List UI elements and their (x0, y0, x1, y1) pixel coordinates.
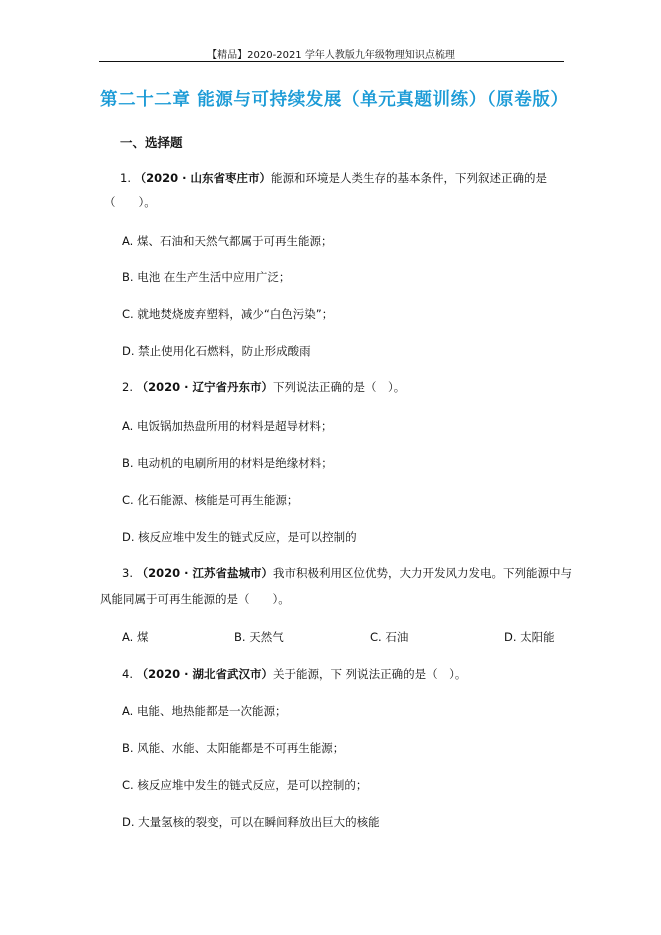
question-number: 1. (120, 171, 131, 185)
question-source: （2020 · 辽宁省丹东市） (137, 380, 273, 394)
question-source: （2020 · 湖北省武汉市） (137, 667, 273, 681)
option-a: A. 电能、地热能都是一次能源； (122, 703, 286, 719)
question-number: 4. (122, 667, 133, 681)
question-text: 下列说法正确的是（ ）。 (273, 380, 405, 394)
section-heading: 一、选择题 (120, 133, 183, 151)
option-a: A. 煤、石油和天然气都属于可再生能源； (122, 233, 332, 249)
option-b: B. 电池 在生产生活中应用广泛； (122, 269, 290, 285)
option-a: A. 电饭锅加热盘所用的材料是超导材料； (122, 418, 332, 434)
question-number: 2. (122, 380, 133, 394)
option-c: C. 核反应堆中发生的链式反应，是可以控制的； (122, 777, 367, 793)
option-d: D. 核反应堆中发生的链式反应，是可以控制的 (122, 529, 357, 545)
option-a: A. 煤 (122, 629, 148, 645)
question-2-stem: 2. （2020 · 辽宁省丹东市）下列说法正确的是（ ）。 (122, 379, 405, 395)
option-d: D. 大量氢核的裂变，可以在瞬间释放出巨大的核能 (122, 814, 380, 830)
question-text: 关于能源，下 列说法正确的是（ ）。 (273, 667, 466, 681)
question-4-stem: 4. （2020 · 湖北省武汉市）关于能源，下 列说法正确的是（ ）。 (122, 666, 466, 682)
option-c: C. 化石能源、核能是可再生能源； (122, 492, 298, 508)
question-text: 能源和环境是人类生存的基本条件，下列叙述正确的是 (271, 171, 547, 185)
question-3-stem: 3. （2020 · 江苏省盐城市）我市积极利用区位优势，大力开发风力发电。下列… (122, 565, 572, 581)
option-b: B. 天然气 (234, 629, 284, 645)
option-d: D. 太阳能 (504, 629, 555, 645)
question-source: （2020 · 江苏省盐城市） (137, 566, 273, 580)
page-header: 【精品】2020-2021 学年人教版九年级物理知识点梳理 (100, 46, 562, 61)
option-b: B. 电动机的电刷所用的材料是绝缘材料； (122, 455, 333, 471)
question-text: 我市积极利用区位优势，大力开发风力发电。下列能源中与 (273, 566, 572, 580)
option-c: C. 就地焚烧废弃塑料，减少“白色污染”； (122, 306, 333, 322)
question-1-stem-cont: （ ）。 (104, 194, 156, 210)
page-title: 第二十二章 能源与可持续发展（单元真题训练）（原卷版） (100, 86, 570, 111)
question-1-stem: 1. （2020 · 山东省枣庄市）能源和环境是人类生存的基本条件，下列叙述正确… (120, 170, 547, 186)
question-number: 3. (122, 566, 133, 580)
option-c: C. 石油 (370, 629, 408, 645)
question-3-stem-cont: 风能同属于可再生能源的是（ ）。 (100, 591, 290, 607)
option-b: B. 风能、水能、太阳能都是不可再生能源； (122, 740, 344, 756)
option-d: D. 禁止使用化石燃料，防止形成酸雨 (122, 343, 311, 359)
question-source: （2020 · 山东省枣庄市） (135, 171, 271, 185)
header-divider (99, 61, 564, 62)
